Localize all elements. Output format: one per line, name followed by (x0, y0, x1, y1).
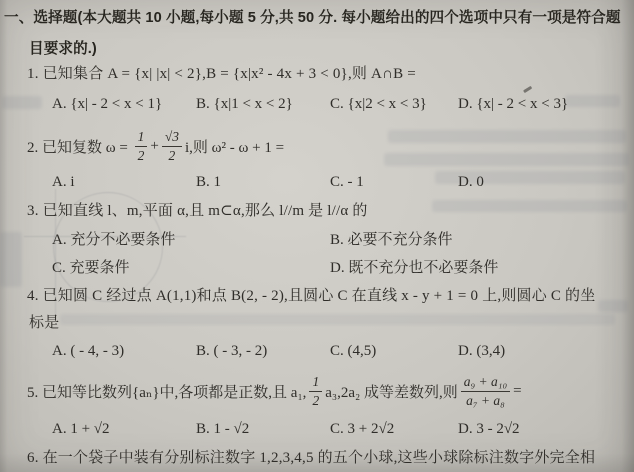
question-5-prefix: 5. 已知等比数列{aₙ}中,各项都是正数,且 a₁, (27, 381, 306, 402)
option-3d: D. 既不充分也不必要条件 (330, 258, 498, 278)
option-1a: A. {x| - 2 < x < 1} (52, 94, 162, 114)
equals-sign: = (513, 383, 521, 400)
option-4b: B. ( - 3, - 2) (196, 341, 267, 361)
option-4c: C. (4,5) (330, 341, 376, 361)
option-4a: A. ( - 4, - 3) (52, 341, 124, 361)
option-5c: C. 3 + 2√2 (330, 419, 394, 439)
option-5a: A. 1 + √2 (52, 419, 110, 439)
option-1c: C. {x|2 < x < 3} (330, 94, 427, 114)
bleed-through-text-smudge (60, 314, 615, 325)
bleed-through-text-smudge (384, 153, 629, 166)
question-1-options: A. {x| - 2 < x < 1} B. {x|1 < x < 2} C. … (0, 94, 634, 116)
fraction-sqrt3-over-2: √3 2 (162, 129, 182, 163)
option-2a: A. i (52, 172, 75, 192)
question-3-options-row1: A. 充分不必要条件 B. 必要不充分条件 (0, 230, 634, 252)
question-2-suffix: i,则 ω² - ω + 1 = (185, 136, 284, 157)
option-1b: B. {x|1 < x < 2} (196, 94, 293, 114)
question-4-stem-line2: 标是 (29, 313, 59, 333)
fraction-one-half: 1 2 (135, 129, 148, 163)
pen-tick-mark (523, 86, 532, 93)
option-1d: D. {x| - 2 < x < 3} (458, 94, 568, 114)
option-3a: A. 充分不必要条件 (52, 230, 175, 250)
section-title-line1: 一、选择题(本大题共 10 小题,每小题 5 分,共 50 分. 每小题给出的四… (4, 8, 621, 28)
question-5-mid: a₃,2a₂ 成等差数列,则 (325, 381, 458, 402)
scanned-exam-page: 一、选择题(本大题共 10 小题,每小题 5 分,共 50 分. 每小题给出的四… (0, 0, 634, 472)
question-2-stem: 2. 已知复数 ω = 1 2 + √3 2 i,则 ω² - ω + 1 = (27, 124, 284, 168)
question-2-options: A. i B. 1 C. - 1 D. 0 (0, 172, 634, 194)
fraction-one-half: 1 2 (309, 374, 322, 408)
question-5-options: A. 1 + √2 B. 1 - √2 C. 3 + 2√2 D. 3 - 2√… (0, 419, 634, 441)
option-5d: D. 3 - 2√2 (458, 419, 520, 439)
question-2-prefix: 2. 已知复数 ω = (27, 136, 132, 157)
plus-operator: + (150, 138, 158, 155)
question-5-stem: 5. 已知等比数列{aₙ}中,各项都是正数,且 a₁, 1 2 a₃,2a₂ 成… (27, 368, 522, 414)
question-1-stem: 1. 已知集合 A = {x| |x| < 2},B = {x|x² - 4x … (27, 64, 416, 84)
option-2b: B. 1 (196, 172, 221, 192)
fraction-a9-a10-over-a7-a8: a₉ + a₁₀ a₇ + a₈ (461, 374, 510, 408)
option-3b: B. 必要不充分条件 (330, 230, 453, 250)
option-3c: C. 充要条件 (52, 258, 130, 278)
option-2c: C. - 1 (330, 172, 364, 192)
option-2d: D. 0 (458, 172, 484, 192)
section-title-line2: 目要求的.) (29, 39, 97, 59)
question-4-stem-line1: 4. 已知圆 C 经过点 A(1,1)和点 B(2, - 2),且圆心 C 在直… (27, 286, 595, 306)
question-3-stem: 3. 已知直线 l、m,平面 α,且 m⊂α,那么 l//m 是 l//α 的 (27, 201, 368, 221)
question-6-stem: 6. 在一个袋子中装有分别标注数字 1,2,3,4,5 的五个小球,这些小球除标… (27, 448, 595, 468)
bleed-through-text-smudge (432, 200, 627, 212)
option-4d: D. (3,4) (458, 341, 505, 361)
bleed-through-text-smudge (598, 300, 628, 312)
question-3-options-row2: C. 充要条件 D. 既不充分也不必要条件 (0, 258, 634, 280)
question-4-options: A. ( - 4, - 3) B. ( - 3, - 2) C. (4,5) D… (0, 341, 634, 363)
bleed-through-text-smudge (388, 130, 626, 143)
option-5b: B. 1 - √2 (196, 419, 249, 439)
